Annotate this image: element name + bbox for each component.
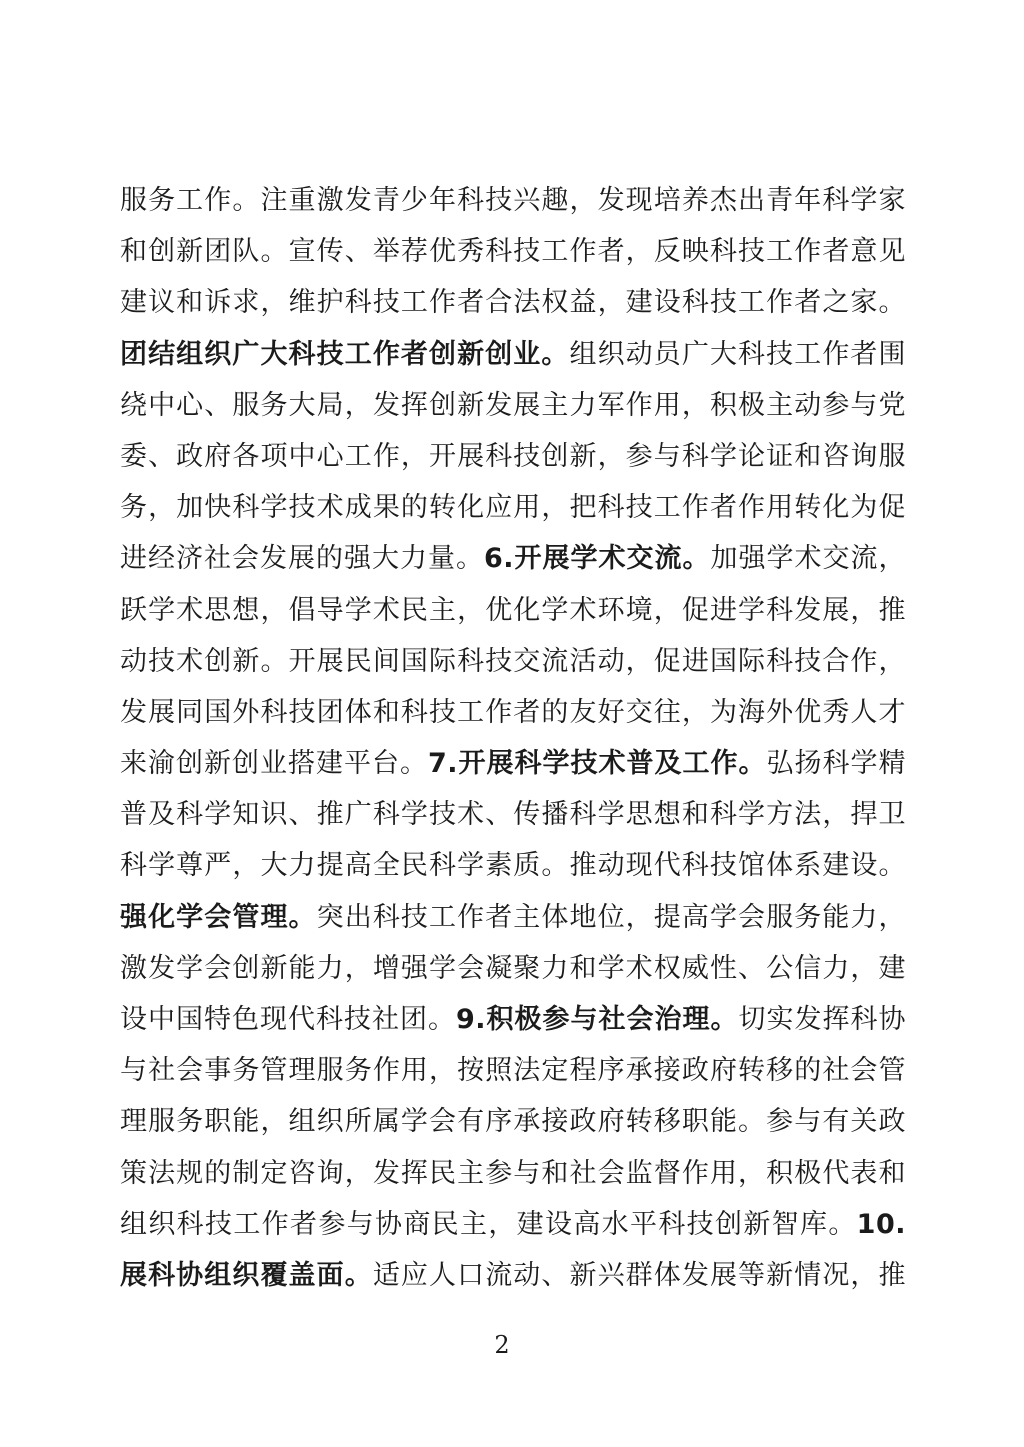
text-run: 建议和诉求，维护科技工作者合法权益，建设科技工作者之家。	[120, 287, 906, 318]
text-line: 来渝创新创业搭建平台。7.开展科学技术普及工作。弘扬科学精神，	[120, 738, 906, 789]
bold-text-run: 9.积极参与社会治理。	[456, 1004, 739, 1035]
text-run: 策法规的制定咨询，发挥民主参与和社会监督作用，积极代表和	[120, 1158, 906, 1189]
bold-text-run: 7.开展科学技术普及工作。	[428, 748, 767, 779]
text-run: 科学尊严，大力提高全民科学素质。推动现代科技馆体系建设。	[120, 850, 906, 881]
text-line: 激发学会创新能力，增强学会凝聚力和学术权威性、公信力，建	[120, 943, 906, 994]
text-line: 进经济社会发展的强大力量。6.开展学术交流。加强学术交流，活	[120, 533, 906, 584]
text-run: 普及科学知识、推广科学技术、传播科学思想和科学方法，捍卫	[120, 799, 906, 830]
text-line: 团结组织广大科技工作者创新创业。组织动员广大科技工作者围	[120, 329, 906, 380]
bold-text-run: 展科协组织覆盖面。	[120, 1260, 373, 1291]
text-run: 组织动员广大科技工作者围	[569, 339, 906, 370]
text-run: 理服务职能，组织所属学会有序承接政府转移职能。参与有关政	[120, 1106, 906, 1137]
text-run: 服务工作。注重激发青少年科技兴趣，发现培养杰出青年科学家	[120, 185, 906, 216]
text-run: 和创新团队。宣传、举荐优秀科技工作者，反映科技工作者意见	[120, 236, 906, 267]
text-run: 来渝创新创业搭建平台。	[120, 748, 428, 779]
text-run: 设中国特色现代科技社团。	[120, 1004, 456, 1035]
text-line: 和创新团队。宣传、举荐优秀科技工作者，反映科技工作者意见	[120, 226, 906, 277]
text-line: 策法规的制定咨询，发挥民主参与和社会监督作用，积极代表和	[120, 1148, 906, 1199]
text-line: 发展同国外科技团体和科技工作者的友好交往，为海外优秀人才	[120, 687, 906, 738]
text-run: 委、政府各项中心工作，开展科技创新，参与科学论证和咨询服	[120, 441, 906, 472]
text-line: 委、政府各项中心工作，开展科技创新，参与科学论证和咨询服	[120, 431, 906, 482]
text-run: 与社会事务管理服务作用，按照法定程序承接政府转移的社会管	[120, 1055, 906, 1086]
text-run: 绕中心、服务大局，发挥创新发展主力军作用，积极主动参与党	[120, 390, 906, 421]
text-line: 服务工作。注重激发青少年科技兴趣，发现培养杰出青年科学家	[120, 175, 906, 226]
bold-text-run: 团结组织广大科技工作者创新创业。	[120, 339, 569, 370]
document-body: 服务工作。注重激发青少年科技兴趣，发现培养杰出青年科学家和创新团队。宣传、举荐优…	[120, 175, 906, 1301]
text-line: 动技术创新。开展民间国际科技交流活动，促进国际科技合作，	[120, 636, 906, 687]
text-run: 进经济社会发展的强大力量。	[120, 543, 484, 574]
document-page: 服务工作。注重激发青少年科技兴趣，发现培养杰出青年科学家和创新团队。宣传、举荐优…	[0, 0, 1024, 1447]
text-line: 建议和诉求，维护科技工作者合法权益，建设科技工作者之家。5.	[120, 277, 906, 328]
text-run: 务，加快科学技术成果的转化应用，把科技工作者作用转化为促	[120, 492, 906, 523]
text-run: 跃学术思想，倡导学术民主，优化学术环境，促进学科发展，推	[120, 595, 906, 626]
text-run: 激发学会创新能力，增强学会凝聚力和学术权威性、公信力，建	[120, 953, 906, 984]
text-run: 动技术创新。开展民间国际科技交流活动，促进国际科技合作，	[120, 646, 906, 677]
page-number: 2	[0, 1330, 1004, 1360]
text-line: 理服务职能，组织所属学会有序承接政府转移职能。参与有关政	[120, 1096, 906, 1147]
text-line: 普及科学知识、推广科学技术、传播科学思想和科学方法，捍卫	[120, 789, 906, 840]
text-run: 发展同国外科技团体和科技工作者的友好交往，为海外优秀人才	[120, 697, 906, 728]
text-run: 适应人口流动、新兴群体发展等新情况，推	[373, 1260, 906, 1291]
text-line: 跃学术思想，倡导学术民主，优化学术环境，促进学科发展，推	[120, 585, 906, 636]
text-line: 展科协组织覆盖面。适应人口流动、新兴群体发展等新情况，推	[120, 1250, 906, 1301]
text-line: 与社会事务管理服务作用，按照法定程序承接政府转移的社会管	[120, 1045, 906, 1096]
text-line: 组织科技工作者参与协商民主，建设高水平科技创新智库。10.拓	[120, 1199, 906, 1250]
text-line: 设中国特色现代科技社团。9.积极参与社会治理。切实发挥科协参	[120, 994, 906, 1045]
bold-text-run: 6.开展学术交流。	[484, 543, 711, 574]
text-line: 绕中心、服务大局，发挥创新发展主力军作用，积极主动参与党	[120, 380, 906, 431]
text-line: 科学尊严，大力提高全民科学素质。推动现代科技馆体系建设。8.	[120, 840, 906, 891]
text-run: 突出科技工作者主体地位，提高学会服务能力，	[317, 902, 906, 933]
text-line: 务，加快科学技术成果的转化应用，把科技工作者作用转化为促	[120, 482, 906, 533]
bold-text-run: 强化学会管理。	[120, 902, 317, 933]
text-line: 强化学会管理。突出科技工作者主体地位，提高学会服务能力，	[120, 892, 906, 943]
text-run: 组织科技工作者参与协商民主，建设高水平科技创新智库。	[120, 1209, 857, 1240]
